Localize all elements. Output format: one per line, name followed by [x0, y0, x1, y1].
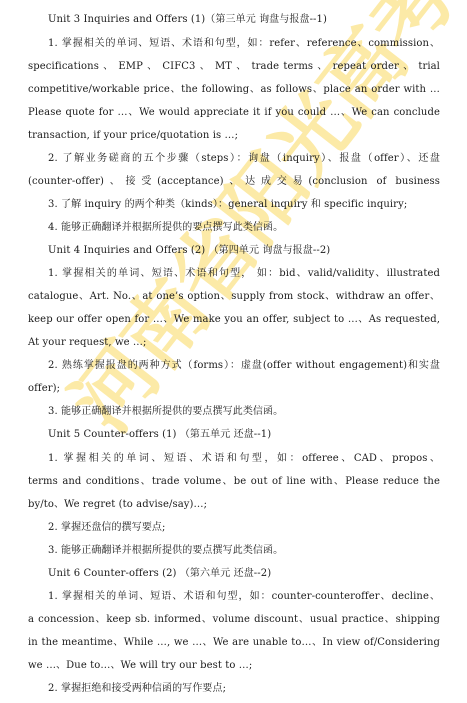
text-line: Unit 6 Counter-offers (2) （第六单元 还盘--2) — [48, 567, 440, 581]
text-line: 3. 能够正确翻译并根据所提供的要点撰写此类信函。 — [48, 405, 440, 419]
text-line: At your request, we …; — [28, 336, 440, 350]
text-line: specifications 、 EMP 、 CIFC3 、 MT 、 trad… — [28, 60, 440, 74]
text-line: Please quote for …、We would appreciate i… — [28, 106, 440, 120]
text-line: Unit 3 Inquiries and Offers (1)（第三单元 询盘与… — [48, 13, 440, 27]
text-line: 1. 掌握相关的单词、短语、术语和句型，如：refer、reference、co… — [48, 37, 440, 51]
text-line: Unit 5 Counter-offers (1) （第五单元 还盘--1) — [48, 428, 440, 442]
text-line: 3. 了解 inquiry 的两个种类（kinds）：general inqui… — [48, 198, 440, 212]
text-line: catalogue、Art. No.、at one’s option、suppl… — [28, 290, 440, 304]
text-line: (counter-offer)、接受(acceptance)、达成交易(conc… — [28, 175, 440, 189]
text-line: by/to、We regret (to advise/say)…; — [28, 498, 440, 512]
text-line: offer); — [28, 382, 440, 396]
text-line: 2. 了解业务磋商的五个步骤（steps）：询盘（inquiry）、报盘（off… — [48, 152, 440, 166]
text-line: a concession、keep sb. informed、volume di… — [28, 613, 440, 627]
text-line: 4. 能够正确翻译并根据所提供的要点撰写此类信函。 — [48, 221, 440, 235]
text-line: competitive/workable price、the following… — [28, 83, 440, 97]
text-line: transaction, if your price/quotation is … — [28, 129, 440, 143]
text-line: 1. 掌握相关的单词、短语、术语和句型，如：counter-counteroff… — [48, 590, 440, 604]
text-line: in the meantime、While …, we …、We are una… — [28, 636, 440, 650]
text-line: 1. 掌握相关的单词、短语、术语和句型，如：offeree、CAD、propos… — [48, 452, 440, 466]
text-line: 2. 掌握拒绝和接受两种信函的写作要点; — [48, 682, 440, 696]
document-page: 河南省阳光高考 Unit 3 Inquiries and Offers (1)（… — [0, 0, 467, 703]
text-line: keep our offer open for …、We make you an… — [28, 313, 440, 327]
text-line: Unit 4 Inquiries and Offers (2) （第四单元 询盘… — [48, 244, 440, 258]
text-line: 2. 掌握还盘信的撰写要点; — [48, 521, 440, 535]
text-line: we …、Due to…、We will try our best to …; — [28, 659, 440, 673]
text-line: 1. 掌握相关的单词、短语、术语和句型， 如：bid、valid/validit… — [48, 267, 440, 281]
text-line: 2. 熟练掌握报盘的两种方式（forms）：虚盘(offer without e… — [48, 359, 440, 373]
text-line: terms and conditions、trade volume、be out… — [28, 475, 440, 489]
text-line: 3. 能够正确翻译并根据所提供的要点撰写此类信函。 — [48, 544, 440, 558]
